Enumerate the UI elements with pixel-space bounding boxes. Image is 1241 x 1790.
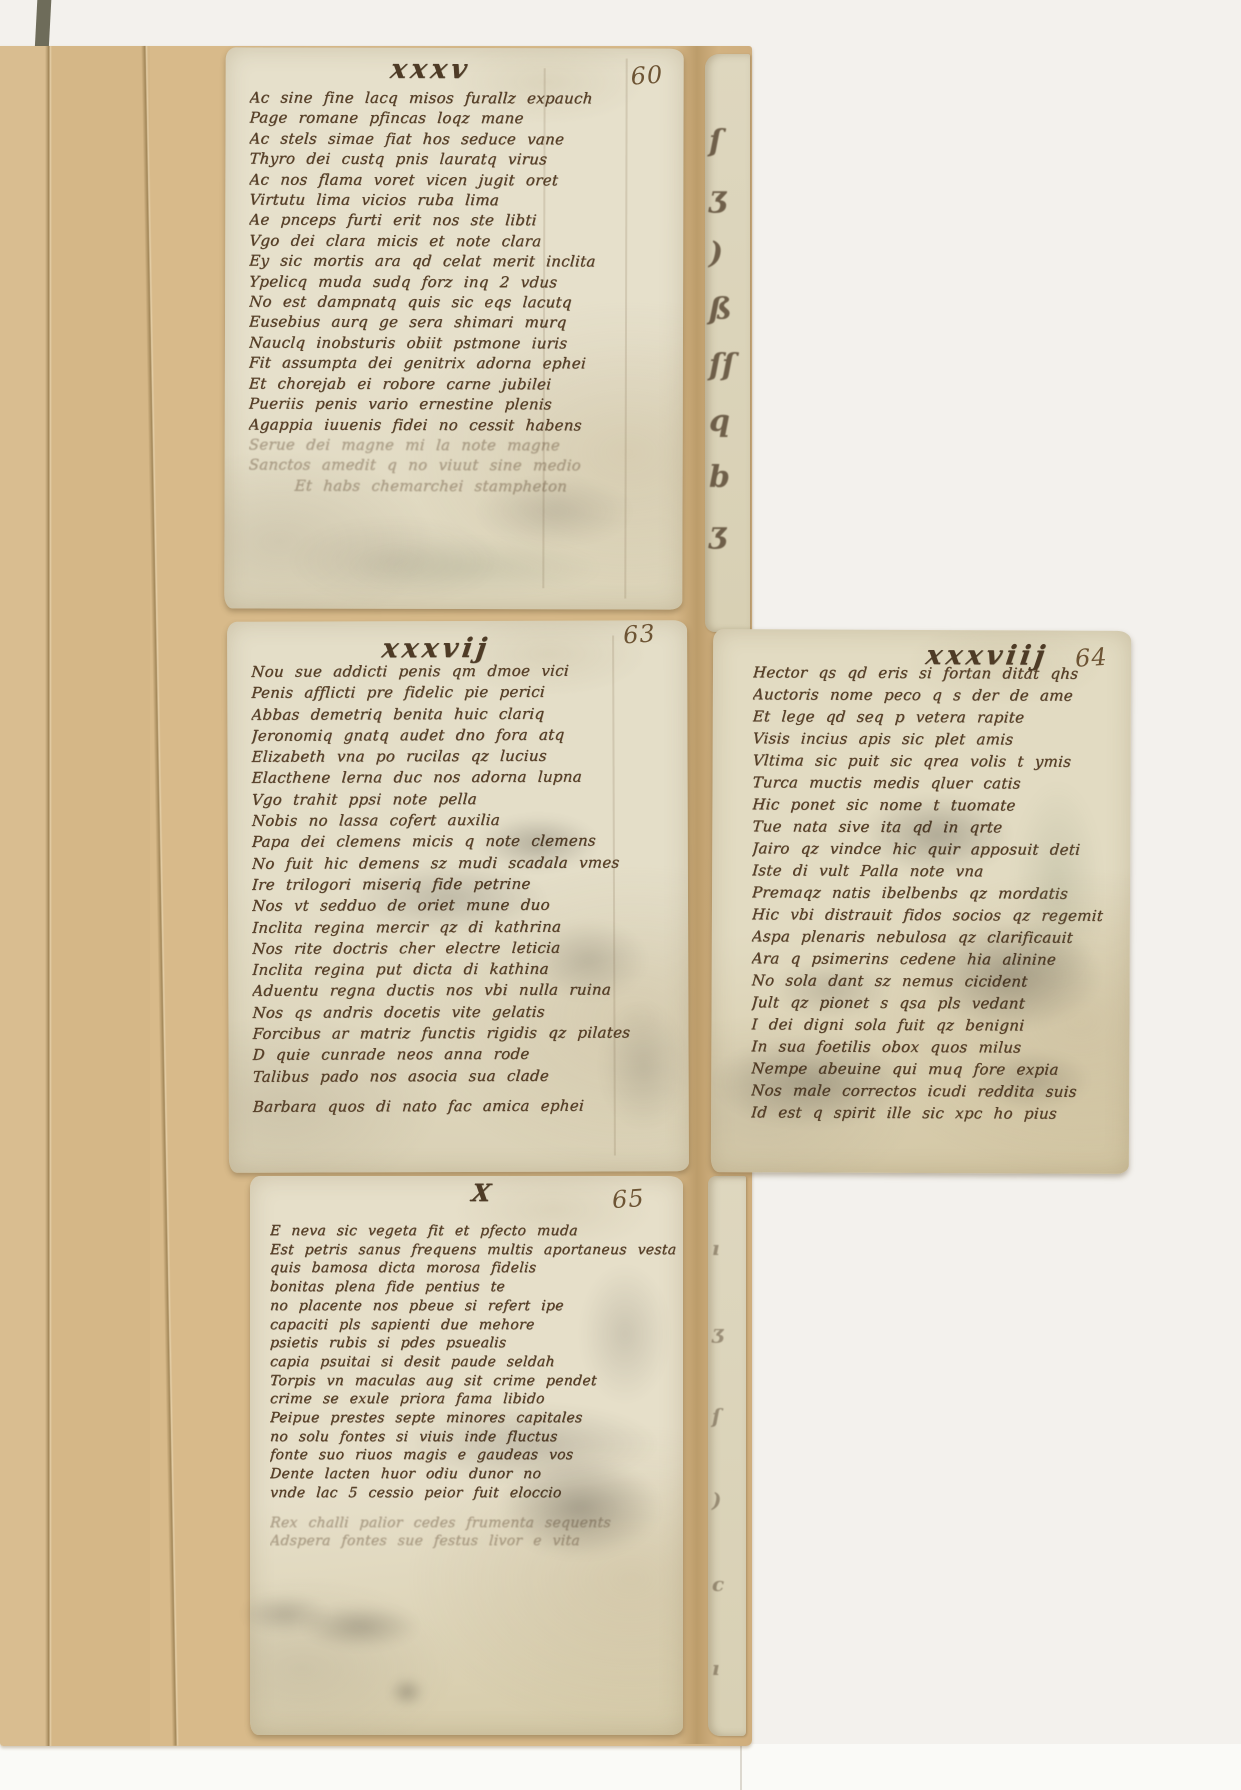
- text-line: capia psuitai si desit paude seldah: [270, 1353, 678, 1372]
- text-line: quis bamosa dicta morosa fidelis: [270, 1259, 678, 1278]
- verse-text-block: Hector qs qd eris si fortan ditat qhsAuc…: [751, 661, 1125, 1141]
- text-line: In sua foetilis obox quos milus: [751, 1035, 1124, 1059]
- backing-sheet-edge: [740, 1745, 742, 1790]
- chapter-numeral-heading: xxxvij: [380, 633, 492, 664]
- text-line: Hic vbi distrauit fidos socios qz regemi…: [751, 903, 1125, 927]
- verse-text-block: Ac sine fine lacq misos furallz expauchP…: [248, 87, 679, 558]
- chapter-numeral-heading: xxxv: [388, 54, 472, 85]
- manuscript-album-photograph: ſ ʒ ) ß ſſ q b ʒ ı ʒ ſ ) c ı xxxv 60 Ac …: [0, 0, 1241, 1790]
- text-line: Ire trilogori miseriq fide petrine: [251, 873, 688, 896]
- text-line: Rex challi palior cedes frumenta sequent…: [270, 1514, 678, 1533]
- underlying-leaf-edge-top: ſ ʒ ) ß ſſ q b ʒ: [705, 54, 750, 632]
- cropped-text-fragments: ı ʒ ſ ) c ı: [712, 1206, 724, 1710]
- text-line: Vltima sic puit sic qrea volis t ymis: [752, 749, 1125, 773]
- text-line: Torpis vn maculas aug sit crime pendet: [270, 1372, 678, 1391]
- album-page-edge: [141, 46, 179, 1746]
- text-line: Turca muctis medis qluer catis: [752, 771, 1125, 795]
- text-line: Id est q spirit ille sic xpc ho pius: [751, 1101, 1124, 1125]
- text-line: Penis afflicti pre fidelic pie perici: [251, 681, 688, 704]
- paraph-mark: X: [470, 1178, 497, 1207]
- photo-background-bottom: [0, 1744, 1241, 1790]
- text-line: Et chorejab ei robore carne jubilei: [248, 373, 679, 395]
- text-line: Auctoris nome peco q s der de ame: [752, 683, 1125, 707]
- text-line: bonitas plena fide pentius te: [270, 1278, 678, 1297]
- text-line: Est petris sanus frequens multis aportan…: [270, 1241, 678, 1260]
- text-line: No est dampnatq quis sic eqs lacutq: [248, 292, 679, 314]
- manuscript-leaf-folio-64: xxxviij 64 Hector qs qd eris si fortan d…: [711, 629, 1131, 1174]
- text-line: Iste di vult Palla note vna: [751, 859, 1125, 883]
- text-line: Sanctos amedit q no viuut sine medio: [248, 455, 679, 477]
- text-line: capaciti pls sapienti due mehore: [270, 1316, 678, 1335]
- text-line: Ac stels simae fiat hos seduce vane: [249, 128, 680, 150]
- text-line: no placente nos pbeue si refert ipe: [270, 1297, 678, 1316]
- text-line: Premaqz natis ibelbenbs qz mordatis: [751, 881, 1125, 905]
- text-line: Nauclq inobsturis obiit pstmone iuris: [248, 332, 679, 354]
- text-line: Barbara quos di nato fac amica ephei: [252, 1095, 689, 1118]
- text-line: Thyro dei custq pnis lauratq virus: [249, 149, 680, 171]
- text-line: Elizabeth vna po rucilas qz lucius: [251, 745, 688, 768]
- text-line: Inclita regina mercir qz di kathrina: [251, 916, 688, 939]
- manuscript-leaf-folio-65: X 65 E neva sic vegeta fit et pfecto mud…: [250, 1176, 683, 1735]
- text-line: Serue dei magne mi la note magne: [248, 434, 679, 456]
- text-line: Aspa plenaris nebulosa qz clarificauit: [751, 925, 1125, 949]
- text-line: psietis rubis si pdes psuealis: [270, 1334, 678, 1353]
- text-line: Nou sue addicti penis qm dmoe vici: [251, 660, 688, 683]
- text-line: Nempe abeuine qui muq fore expia: [751, 1057, 1124, 1081]
- text-line: Visis incius apis sic plet amis: [752, 727, 1125, 751]
- text-line: vnde lac 5 cessio peior fuit eloccio: [270, 1484, 678, 1503]
- text-line: Peipue prestes septe minores capitales: [270, 1409, 678, 1428]
- manuscript-leaf-folio-60: xxxv 60 Ac sine fine lacq misos furallz …: [224, 47, 683, 609]
- cropped-text-fragments: ſ ʒ ) ß ſſ q b ʒ: [709, 114, 735, 562]
- text-line: Ypelicq muda sudq forz inq 2 vdus: [248, 271, 679, 293]
- verse-text-block: E neva sic vegeta fit et pfecto mudaEst …: [270, 1222, 678, 1562]
- folio-number: 63: [622, 619, 657, 649]
- text-line: No sola dant sz nemus cicident: [751, 969, 1125, 993]
- text-line: Ae pnceps furti erit nos ste libti: [249, 210, 680, 232]
- text-line: Abbas demetriq benita huic clariq: [251, 703, 688, 726]
- text-line: Nos qs andris docetis vite gelatis: [252, 1001, 689, 1024]
- text-line: Adspera fontes sue festus livor e vita: [270, 1532, 678, 1551]
- text-line: D quie cunrade neos anna rode: [252, 1044, 689, 1067]
- text-line: fonte suo riuos magis e gaudeas vos: [270, 1446, 678, 1465]
- text-line: Talibus pado nos asocia sua clade: [252, 1065, 689, 1088]
- text-line: Nos vt sedduo de oriet mune duo: [251, 894, 688, 917]
- text-line: Ara q psimerins cedene hia alinine: [751, 947, 1125, 971]
- text-line: Elacthene lerna duc nos adorna lupna: [251, 767, 688, 790]
- text-line: Forcibus ar matriz functis rigidis qz pi…: [252, 1022, 689, 1045]
- text-line: Virtutu lima vicios ruba lima: [249, 189, 680, 211]
- text-line: Aduentu regna ductis nos vbi nulla ruina: [252, 980, 689, 1003]
- text-line: Eusebius aurq ge sera shimari murq: [248, 312, 679, 334]
- verse-text-block: Nou sue addicti penis qm dmoe viciPenis …: [251, 660, 689, 1162]
- text-line: Hic ponet sic nome t tuomate: [752, 793, 1125, 817]
- text-line: Ey sic mortis ara qd celat merit inclita: [248, 251, 679, 273]
- text-line: Pueriis penis vario ernestine plenis: [248, 394, 679, 416]
- text-line: Jairo qz vindce hic quir apposuit deti: [751, 837, 1125, 861]
- text-line: Nobis no lassa cofert auxilia: [251, 809, 688, 832]
- text-line: Fit assumpta dei genitrix adorna ephei: [248, 353, 679, 375]
- text-line: Dente lacten huor odiu dunor no: [270, 1465, 678, 1484]
- text-line: Page romane pfincas loqz mane: [249, 108, 680, 130]
- text-line: Hector qs qd eris si fortan ditat qhs: [752, 661, 1125, 685]
- text-line: Nos male correctos icudi reddita suis: [751, 1079, 1124, 1103]
- text-line: Papa dei clemens micis q note clemens: [251, 831, 688, 854]
- text-line: Tue nata sive ita qd in qrte: [752, 815, 1126, 839]
- folio-number: 65: [611, 1184, 645, 1214]
- album-page-edge: [45, 46, 52, 1746]
- text-line: Et lege qd seq p vetera rapite: [752, 705, 1125, 729]
- text-line: no solu fontes si viuis inde fluctus: [270, 1428, 678, 1447]
- text-line: Vgo dei clara micis et note clara: [248, 230, 679, 252]
- ink-stain: [300, 1604, 420, 1649]
- text-line: I dei digni sola fuit qz benigni: [751, 1013, 1124, 1037]
- ink-spot: [390, 1678, 424, 1706]
- text-line: Jeronomiq gnatq audet dno fora atq: [251, 724, 688, 747]
- binding-spine-top: [35, 0, 52, 50]
- text-line: Et habs chemarchei stampheton: [248, 475, 679, 497]
- text-line: Ac sine fine lacq misos furallz expauch: [249, 87, 680, 109]
- folio-number: 60: [630, 60, 664, 90]
- text-line: crime se exule priora fama libido: [270, 1390, 678, 1409]
- text-line: Nos rite doctris cher electre leticia: [251, 937, 688, 960]
- underlying-leaf-edge-bottom: ı ʒ ſ ) c ı: [708, 1176, 746, 1736]
- text-line: Inclita regina put dicta di kathina: [252, 958, 689, 981]
- text-line: Vgo trahit ppsi note pella: [251, 788, 688, 811]
- text-line: No fuit hic demens sz mudi scadala vmes: [251, 852, 688, 875]
- manuscript-leaf-folio-63: xxxvij 63 Nou sue addicti penis qm dmoe …: [227, 620, 689, 1173]
- text-line: Ac nos flama voret vicen jugit oret: [249, 169, 680, 191]
- text-line: Jult qz pionet s qsa pls vedant: [751, 991, 1124, 1015]
- text-line: Agappia iuuenis fidei no cessit habens: [248, 414, 679, 436]
- text-line: E neva sic vegeta fit et pfecto muda: [270, 1222, 678, 1241]
- ink-stain: [240, 1594, 330, 1634]
